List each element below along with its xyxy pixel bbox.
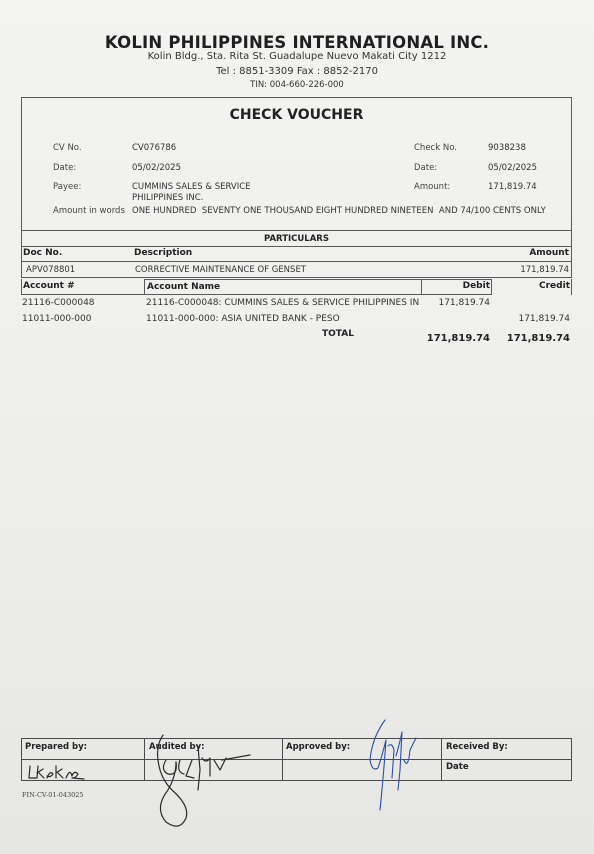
- amount-header: Amount: [470, 248, 569, 258]
- date-label: Date:: [53, 163, 76, 173]
- account-name-cell: 11011-000-000: ASIA UNITED BANK - PESO: [146, 314, 340, 324]
- amount-words-label: Amount in words: [53, 206, 125, 216]
- company-address: Kolin Bldg., Sta. Rita St. Guadalupe Nue…: [0, 51, 594, 62]
- approved-by-label: Approved by:: [286, 742, 350, 752]
- audited-by-label: Audited by:: [149, 742, 205, 752]
- description-cell: CORRECTIVE MAINTENANCE OF GENSET: [135, 265, 306, 275]
- check-date-label: Date:: [414, 163, 437, 173]
- payee-line1: CUMMINS SALES & SERVICE: [132, 182, 251, 192]
- signature-table: Prepared by: Audited by: Approved by: Re…: [21, 738, 572, 781]
- company-tin: TIN: 004-660-226-000: [0, 80, 594, 90]
- amount-words-value: ONE HUNDRED SEVENTY ONE THOUSAND EIGHT H…: [132, 206, 546, 216]
- total-label: TOTAL: [322, 329, 354, 339]
- cv-no-value: CV076786: [132, 143, 176, 153]
- doc-no-cell: APV078801: [26, 265, 75, 275]
- company-name: KOLIN PHILIPPINES INTERNATIONAL INC.: [0, 33, 594, 52]
- debit-header: Debit: [421, 281, 490, 291]
- payee-label: Payee:: [53, 182, 81, 192]
- received-by-label: Received By:: [446, 742, 508, 752]
- debit-cell: 171,819.74: [421, 298, 490, 308]
- doc-no-header: Doc No.: [23, 248, 62, 258]
- check-date-value: 05/02/2025: [488, 163, 537, 173]
- account-name-cell: 21116-C000048: CUMMINS SALES & SERVICE P…: [146, 298, 419, 308]
- total-debit: 171,819.74: [410, 333, 490, 344]
- doc-amount-cell: 171,819.74: [470, 265, 569, 275]
- signature-divider: [22, 759, 571, 760]
- account-no-header: Account #: [23, 281, 75, 291]
- account-name-header: Account Name: [147, 282, 220, 292]
- total-credit: 171,819.74: [491, 333, 570, 344]
- credit-header: Credit: [491, 281, 570, 291]
- date-value: 05/02/2025: [132, 163, 181, 173]
- date-received-label: Date: [446, 762, 469, 772]
- credit-cell: 171,819.74: [491, 314, 570, 324]
- cv-no-label: CV No.: [53, 143, 82, 153]
- account-no-cell: 11011-000-000: [22, 314, 91, 324]
- account-no-cell: 21116-C000048: [22, 298, 95, 308]
- check-no-label: Check No.: [414, 143, 457, 153]
- company-contact: Tel : 8851-3309 Fax : 8852-2170: [0, 66, 594, 77]
- payee-line2: PHILIPPINES INC.: [132, 193, 203, 203]
- description-header: Description: [134, 248, 192, 258]
- amount-label: Amount:: [414, 182, 450, 192]
- check-no-value: 9038238: [488, 143, 526, 153]
- amount-value: 171,819.74: [488, 182, 537, 192]
- particulars-title: PARTICULARS: [21, 234, 572, 244]
- prepared-by-label: Prepared by:: [25, 742, 87, 752]
- voucher-title: CHECK VOUCHER: [21, 107, 572, 123]
- form-code: FIN-CV-01-043025: [22, 791, 84, 799]
